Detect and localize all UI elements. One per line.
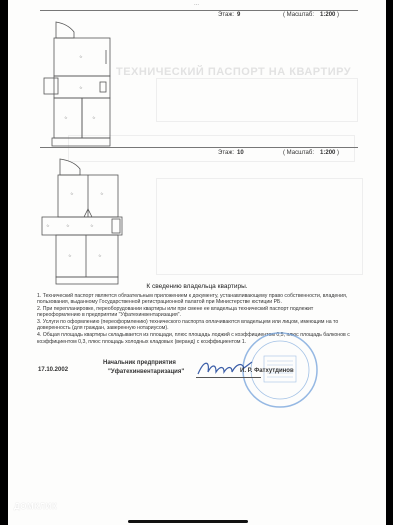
floor-10-plan: ☆☆ ☆☆☆ ☆☆ <box>38 157 128 285</box>
bleed-through-title: ТЕХНИЧЕСКИЙ ПАСПОРТ НА КВАРТИРУ <box>116 66 351 78</box>
notes-title: К сведению владельца квартиры. <box>8 283 386 290</box>
svg-text:☆: ☆ <box>46 223 50 228</box>
mid-rule <box>40 147 358 148</box>
top-marker: ... <box>194 1 199 7</box>
document-page: ... ТЕХНИЧЕСКИЙ ПАСПОРТ НА КВАРТИРУ Этаж… <box>8 0 386 525</box>
svg-text:☆: ☆ <box>90 223 94 228</box>
domclick-watermark: ДОМКЛИК <box>14 502 57 511</box>
svg-text:☆: ☆ <box>70 191 74 196</box>
document-date: 17.10.2002 <box>38 367 68 373</box>
svg-text:☆: ☆ <box>79 54 83 59</box>
bleed-through-table <box>156 178 363 275</box>
floor-9-scale: ( Масштаб:1:200 ) <box>283 12 339 18</box>
svg-text:☆: ☆ <box>79 85 83 90</box>
chief-title-line1: Начальник предприятия <box>103 360 176 366</box>
floor-10-label: Этаж:10 <box>218 150 244 156</box>
svg-text:☆: ☆ <box>66 223 70 228</box>
svg-text:☆: ☆ <box>98 253 102 258</box>
top-rule <box>40 10 358 11</box>
svg-text:☆: ☆ <box>92 115 96 120</box>
svg-text:☆: ☆ <box>100 191 104 196</box>
signature-line <box>196 377 261 378</box>
note-item: 1. Технический паспорт является обязател… <box>37 293 357 306</box>
floor-9-label: Этаж:9 <box>218 12 240 18</box>
chief-title-line2: "Уфатехинвентаризация" <box>108 369 184 375</box>
home-indicator[interactable] <box>128 520 248 523</box>
svg-text:☆: ☆ <box>68 253 72 258</box>
floor-10-scale: ( Масштаб:1:200 ) <box>283 150 339 156</box>
note-item: 2. При перепланировке, переоборудовании … <box>37 306 357 319</box>
bleed-through-table <box>156 78 358 122</box>
signer-name: И. Р. Фатхутдинов <box>240 368 294 374</box>
floor-9-plan: ☆☆ ☆☆ <box>34 20 124 148</box>
svg-text:☆: ☆ <box>64 115 68 120</box>
